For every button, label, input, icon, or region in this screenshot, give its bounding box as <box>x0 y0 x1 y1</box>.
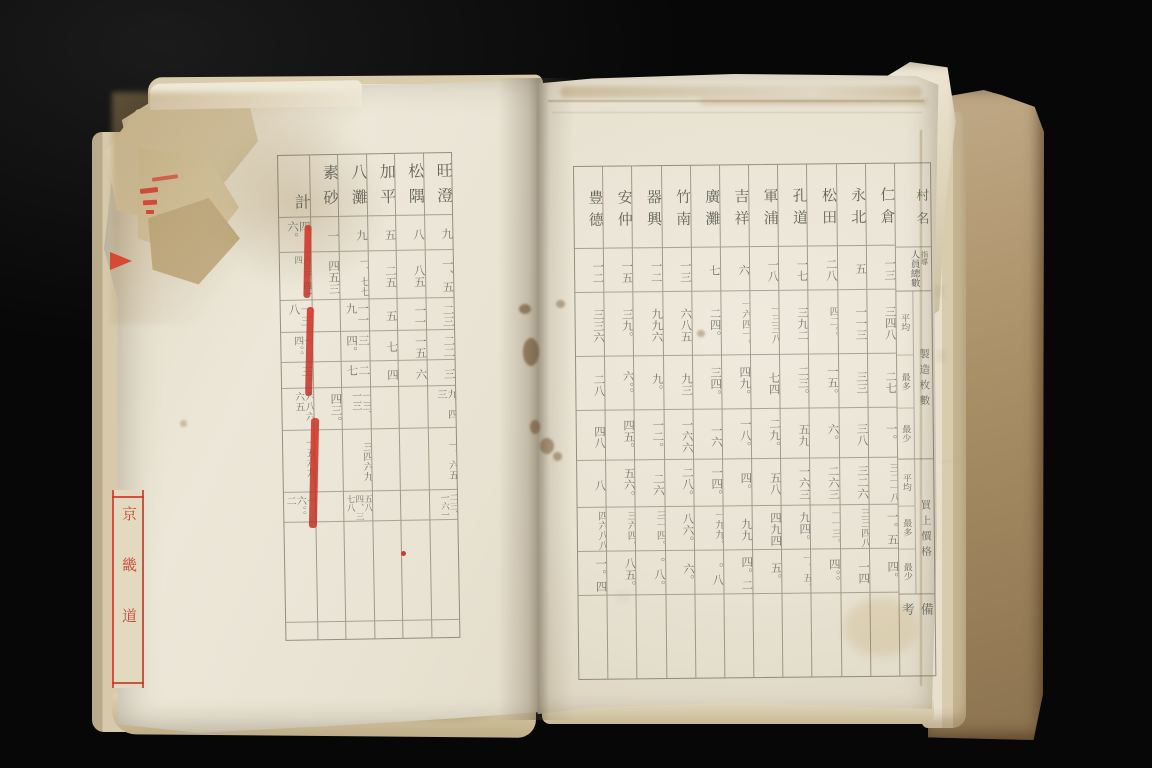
row-label-min: 最少 <box>898 409 915 459</box>
table-cell: 九。 <box>634 356 663 410</box>
column-header: 永北 <box>837 164 866 246</box>
table-cell: 九九 <box>723 506 752 550</box>
empty-cell <box>375 621 403 634</box>
table-cell: 五八四、三七八 <box>344 491 372 521</box>
table-cell: 三四。 <box>693 355 722 409</box>
table-cell: 四。二 <box>724 550 753 594</box>
row-label-village-name: 村名 <box>895 163 931 247</box>
empty-cell <box>637 595 666 678</box>
empty-cell <box>666 595 695 678</box>
ghost-glyph: 一 <box>939 452 952 471</box>
table-cell: 一 <box>311 217 339 252</box>
column-header: 器興 <box>632 166 661 248</box>
table-cell: 一九九。 <box>694 506 723 550</box>
row-label-max: 最多 <box>899 506 915 550</box>
province-label: 京畿道 <box>119 506 140 659</box>
table-cell: 二八 <box>576 357 605 411</box>
row-label-production-count: 製造枚數 <box>913 291 933 458</box>
table-cell: 三九。 <box>604 292 633 356</box>
column-header: 廣灘 <box>691 165 720 247</box>
province-char: 京 <box>120 506 138 557</box>
table-cell: 一四。 <box>694 459 723 506</box>
empty-cell <box>284 522 316 623</box>
table-cell: 一五 <box>398 330 426 360</box>
table-cell: 二八 <box>808 246 837 290</box>
row-label-average: 平均 <box>896 291 913 355</box>
table-cell: 二四。 <box>692 291 721 355</box>
table-cell: 一一九 <box>341 299 369 331</box>
table-cell <box>372 491 400 521</box>
table-cell: 一二。 <box>635 410 664 460</box>
table-cell: 一一三。 <box>811 505 840 549</box>
table-cell: 四九。 <box>722 355 751 409</box>
column-header: 加平 <box>367 154 396 216</box>
table-cell: 一七 <box>779 247 808 291</box>
table-cell: 九九六 <box>634 292 663 356</box>
table-cell: 七 <box>370 331 398 361</box>
stain-spot <box>553 452 562 461</box>
table-cell: 八五 <box>397 250 425 298</box>
column-header: 軍浦 <box>749 165 778 247</box>
table-cell: 九三 <box>663 356 692 410</box>
table-cell: 一三、一三 <box>342 387 370 429</box>
stain-spot <box>180 420 187 427</box>
table-column-仁倉: 仁倉一三三四八二七一。三二一八一。五四。 <box>866 164 900 676</box>
table-cell: 一三 <box>662 248 691 292</box>
stain-spot <box>556 300 565 308</box>
empty-cell <box>346 621 374 634</box>
empty-cell <box>403 620 431 633</box>
table-cell: 二三、一六一 <box>429 490 457 520</box>
empty-cell <box>286 622 317 636</box>
table-cell: 一三 <box>867 246 896 290</box>
table-cell: 一、七七 <box>340 251 368 299</box>
empty-cell <box>401 520 430 620</box>
table-cell: 四五。 <box>606 410 635 460</box>
column-header: 松田 <box>807 164 836 246</box>
table-cell: 三四六九 <box>343 429 372 491</box>
table-cell: 四二。。 <box>809 290 838 354</box>
table-cell: 五 <box>837 246 866 290</box>
table-cell: 六。 <box>666 551 695 595</box>
table-cell: 三四八 <box>867 290 896 354</box>
table-cell: 四。 <box>870 549 899 593</box>
row-label-max: 最多 <box>897 355 914 409</box>
sheet-edge-line <box>552 112 922 113</box>
table-cell: 二五 <box>368 251 396 299</box>
table-cell: 一、五 <box>425 250 453 298</box>
ghost-glyph: 製 <box>932 281 947 301</box>
ghost-glyph: 圓 <box>616 588 630 608</box>
table-cell <box>401 490 429 520</box>
stain-spot <box>519 304 531 314</box>
table-cell: 五 <box>369 299 397 331</box>
table-cell <box>313 332 341 362</box>
table-cell: 八六。 <box>665 507 694 551</box>
table-cell: 五 <box>368 216 396 251</box>
table-cell: 五。 <box>753 550 782 594</box>
table-cell: 二三。 <box>780 355 809 409</box>
empty-cell <box>812 593 841 676</box>
table-cell: 五九 <box>781 409 810 459</box>
table-cell: 一、六五 <box>428 428 457 490</box>
table-cell: 三八 <box>839 408 868 458</box>
table-cell: 八 <box>396 215 424 250</box>
row-label-personnel-small: 指導 <box>919 250 930 265</box>
column-header: 計 <box>278 155 310 218</box>
table-cell: 一。五。 <box>782 550 811 594</box>
table-cell: 二二 <box>427 330 455 360</box>
table-cell: 三六四。 <box>607 507 636 551</box>
table-cell: 三三 <box>839 354 868 408</box>
stain-spot <box>540 438 554 454</box>
province-char: 畿 <box>120 557 138 608</box>
table-cell: 四八 <box>577 411 606 461</box>
stain-streak <box>700 99 928 105</box>
table-cell: 六。 <box>810 408 839 458</box>
table-cell: 一一三 <box>838 290 867 354</box>
table-cell: 六。。 <box>605 356 634 410</box>
row-label-column: 村名 指導 人員總數 平均 最多 最少 製造枚數 平均 最多 最少 買上價 <box>894 163 935 675</box>
table-cell: 八 <box>577 461 606 508</box>
gutter-shadow <box>498 78 574 720</box>
row-label-min: 最少 <box>899 550 915 594</box>
province-char: 道 <box>120 608 138 659</box>
table-cell: 六 <box>721 247 750 291</box>
photo-stage: 京畿道 旺澄九一、五二三二二三九、四三一、六五二三、一六一松隅八八五一一一五六加… <box>0 0 1152 768</box>
table-cell: 二七 <box>868 354 897 408</box>
table-cell: 一五。 <box>809 354 838 408</box>
table-cell: 一五 <box>604 248 633 292</box>
column-header: 旺澄 <box>424 153 453 215</box>
column-header: 豊德 <box>574 167 603 249</box>
table-cell: 四。。 <box>811 549 840 593</box>
column-header: 孔道 <box>778 165 807 247</box>
table-cell: 二三 <box>426 298 454 330</box>
table-cell: 一一 <box>398 298 426 330</box>
column-header: 仁倉 <box>866 164 895 246</box>
table-cell: 。八 <box>695 550 724 594</box>
table-cell <box>399 386 427 428</box>
row-label-average: 平均 <box>898 459 914 506</box>
row-label-subs: 平均 最多 最少 <box>898 459 916 593</box>
table-cell: 六八五 <box>663 292 692 356</box>
table-cell <box>371 429 400 491</box>
table-cell: 九、四三 <box>428 386 456 428</box>
empty-cell <box>783 594 812 677</box>
red-check-line <box>303 225 311 298</box>
table-cell: 二六 <box>635 460 664 507</box>
row-label-group-price: 平均 最多 最少 買上價格 <box>898 459 934 594</box>
table-cell: 一。 <box>868 408 897 458</box>
table-cell <box>315 492 343 522</box>
table-cell: 三三六 <box>575 293 604 357</box>
table-cell <box>400 428 429 490</box>
table-cell: 四。 <box>723 459 752 506</box>
table-cell: 二九。 <box>752 409 781 459</box>
table-cell <box>313 362 341 388</box>
table-cell: 二八。 <box>665 460 694 507</box>
red-fragment <box>143 200 157 206</box>
empty-cell <box>870 593 899 676</box>
table-cell: 一六六 <box>664 410 693 460</box>
empty-cell <box>373 521 402 621</box>
table-cell: 一六 <box>693 409 722 459</box>
table-cell: 六 <box>399 360 427 386</box>
empty-cell <box>318 622 346 635</box>
table-cell: 一。四 <box>578 552 607 596</box>
table-cell: 一。五 <box>869 505 898 549</box>
table-cell: 三二一八 <box>869 458 898 505</box>
stain-streak <box>560 86 922 98</box>
table-cell: 四五三 <box>311 252 339 300</box>
table-cell: 三四。 <box>341 331 369 361</box>
table-cell <box>312 300 340 332</box>
table-cell: 三九二 <box>780 291 809 355</box>
empty-cell <box>578 596 607 679</box>
table-cell: 四六八八 <box>578 508 607 552</box>
empty-cell <box>724 594 753 677</box>
table-cell: 一六四一。 <box>721 291 750 355</box>
table-cell: 一六三 <box>781 459 810 506</box>
row-label-purchase-price: 買上價格 <box>915 459 934 593</box>
table-cell: 三三四八 <box>840 505 869 549</box>
row-label-remarks: 備考 <box>900 594 936 675</box>
table-cell: 二七 <box>342 361 370 387</box>
table-cell: 一二 <box>575 249 604 293</box>
table-cell: 九 <box>425 215 453 250</box>
table-cell: 五六。 <box>606 460 635 507</box>
table-cell <box>371 387 399 429</box>
empty-cell <box>430 520 459 620</box>
table-cell: 一三三八 <box>750 291 779 355</box>
column-header: 吉祥 <box>720 165 749 247</box>
table-cell: 一八 <box>750 247 779 291</box>
empty-cell <box>432 620 460 633</box>
table-cell: 。八。 <box>636 551 665 595</box>
table-cell: 四九四 <box>753 506 782 550</box>
table-cell: 二六三 <box>811 458 840 505</box>
table-cell: 七四 <box>751 355 780 409</box>
row-label-subs: 平均 最多 最少 <box>896 291 915 458</box>
empty-cell <box>841 593 870 676</box>
red-fragment <box>146 210 154 214</box>
table-cell: 一二 <box>633 248 662 292</box>
table-cell: 一八。 <box>722 409 751 459</box>
row-label-group-production: 平均 最多 最少 製造枚數 <box>896 291 933 459</box>
column-header: 八灘 <box>338 154 367 216</box>
stain-spot <box>530 420 540 434</box>
column-header: 素砂 <box>310 155 339 217</box>
column-header: 松隅 <box>395 153 424 215</box>
red-label-strip: 京畿道 <box>112 490 144 688</box>
stain-spot <box>523 338 539 366</box>
table-cell: 三一四。 <box>636 507 665 551</box>
table-cell: 五八 <box>752 459 781 506</box>
column-header: 竹南 <box>662 166 691 248</box>
table-cell: 九 <box>339 216 367 251</box>
table-cell: 七 <box>692 247 721 291</box>
table-cell: 四 <box>370 361 398 387</box>
table-cell: 三二六 <box>840 458 869 505</box>
table-cell: 九四。 <box>782 506 811 550</box>
table-cell: 三 <box>427 360 455 386</box>
empty-cell <box>344 521 373 621</box>
red-triangle-mark <box>110 252 132 270</box>
empty-cell <box>695 594 724 677</box>
column-header: 安仲 <box>603 166 632 248</box>
empty-cell <box>754 594 783 677</box>
row-label-personnel: 指導 人員總數 <box>896 247 931 291</box>
ghost-glyph: 數 <box>935 348 948 366</box>
empty-cell <box>316 522 345 622</box>
table-cell: 一四 <box>841 549 870 593</box>
red-dot <box>401 551 406 556</box>
